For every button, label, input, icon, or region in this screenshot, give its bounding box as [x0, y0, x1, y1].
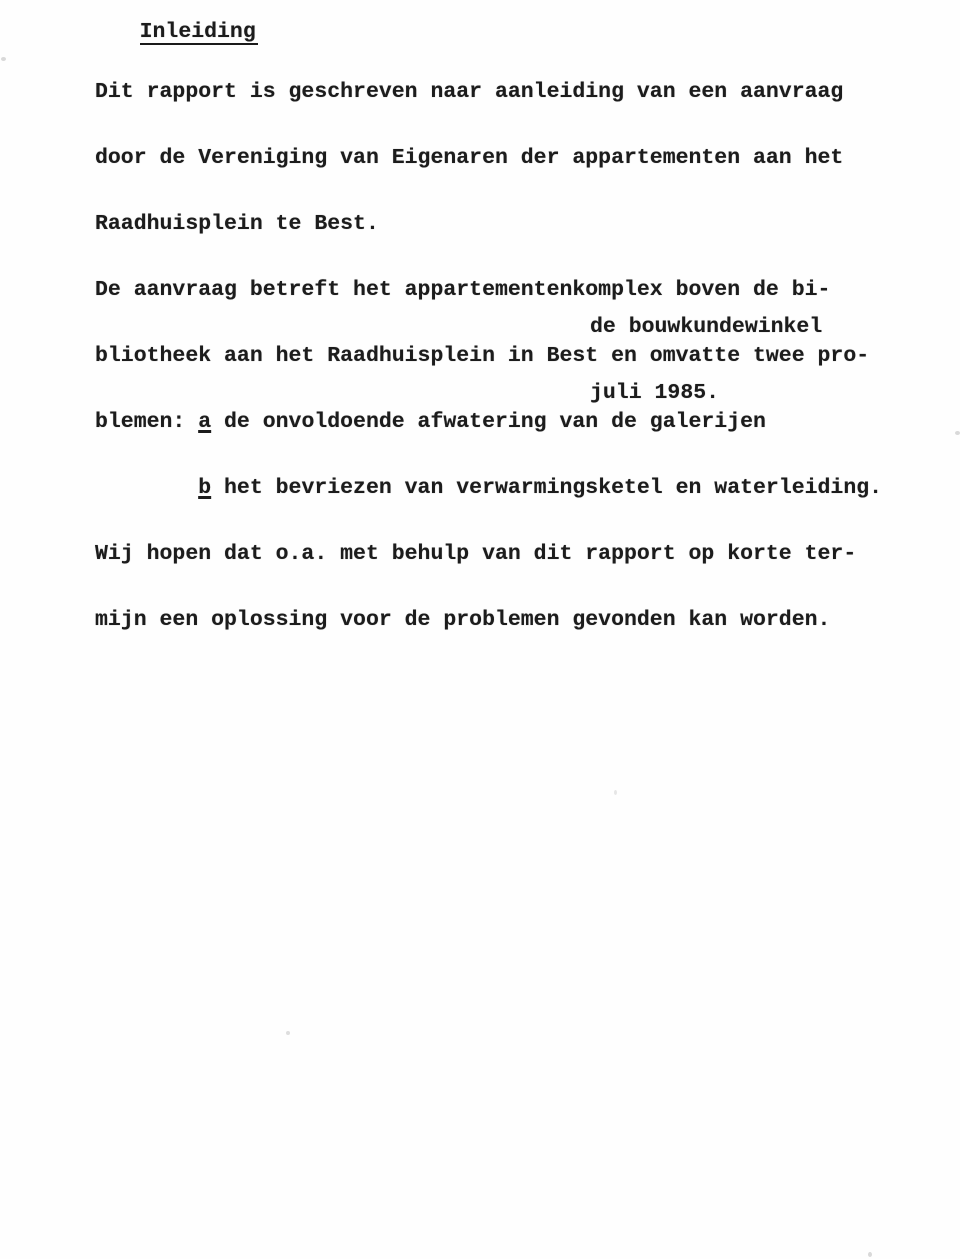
item-marker-a: a	[198, 410, 211, 434]
line-text: blemen:	[95, 410, 198, 434]
line-text: mijn een oplossing voor de problemen gev…	[95, 608, 830, 632]
signature-block: de bouwkundewinkel juli 1985.	[590, 272, 822, 448]
item-marker-b: b	[198, 476, 211, 500]
scanned-document-page: Inleiding Dit rapport is geschreven naar…	[0, 0, 960, 1259]
signature-date: juli 1985.	[590, 382, 822, 404]
paragraph-line: Dit rapport is geschreven naar aanleidin…	[95, 81, 882, 103]
scan-speck	[868, 1252, 872, 1257]
paragraph-line: door de Vereniging van Eigenaren der app…	[95, 147, 882, 169]
paragraph-line: Wij hopen dat o.a. met behulp van dit ra…	[95, 543, 882, 565]
scan-speck	[286, 1031, 290, 1035]
paragraph-line: mijn een oplossing voor de problemen gev…	[95, 609, 882, 631]
scan-speck	[614, 790, 617, 795]
line-text: Wij hopen dat o.a. met behulp van dit ra…	[95, 542, 856, 566]
line-text: het bevriezen van verwarmingsketel en wa…	[211, 476, 882, 500]
line-text	[95, 476, 198, 500]
scan-speck	[955, 431, 960, 435]
scan-speck	[1, 57, 6, 61]
line-text: Raadhuisplein te Best.	[95, 212, 379, 236]
paragraph-line: Raadhuisplein te Best.	[95, 213, 882, 235]
line-text: door de Vereniging van Eigenaren der app…	[95, 146, 843, 170]
signature-author: de bouwkundewinkel	[590, 316, 822, 338]
line-text: Dit rapport is geschreven naar aanleidin…	[95, 80, 843, 104]
paragraph-line-item-b: b het bevriezen van verwarmingsketel en …	[95, 477, 882, 499]
